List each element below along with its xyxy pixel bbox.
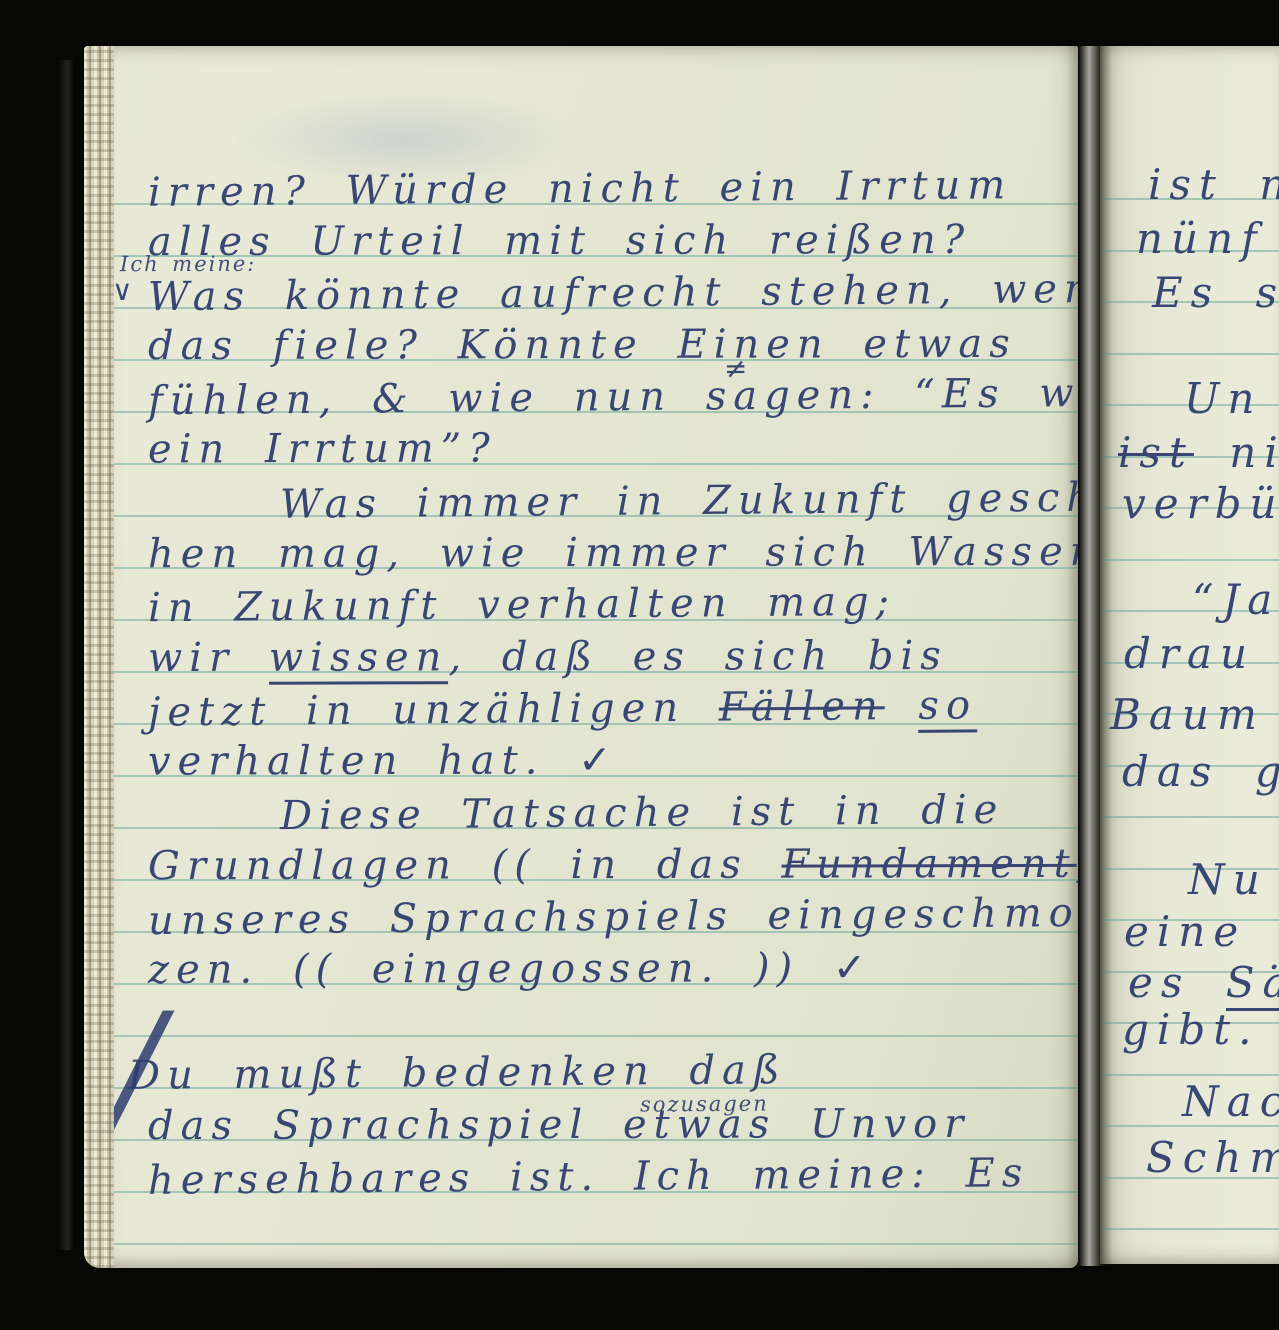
- insertion-note: ∨: [112, 274, 133, 307]
- handwriting-text: Diese Tatsache ist in die: [280, 787, 1005, 839]
- handwriting-text: Grundlagen (( in das: [148, 842, 782, 890]
- handwriting-text: zen. (( eingegossen. )) ✓: [148, 945, 874, 993]
- handwriting-line: Diese Tatsache ist in die: [280, 787, 1005, 839]
- handwriting-text: in Zukunft verhalten mag;: [148, 579, 896, 632]
- handwriting-text: das g: [1122, 747, 1279, 796]
- handwriting-text: ist n: [1148, 160, 1279, 209]
- handwriting-text: drau: [1124, 629, 1255, 678]
- handwriting-text: ∨: [112, 274, 133, 307]
- handwriting-text: ni: [1194, 428, 1279, 477]
- insertion-note: ≠: [724, 352, 748, 385]
- handwriting-fragment: Nu: [1188, 855, 1268, 904]
- handwriting-line: jetzt in unzähligen Fällen so: [148, 682, 977, 735]
- handwriting-line: wir wissen, daß es sich bis: [148, 633, 948, 681]
- handwriting-text: Schme: [1146, 1133, 1279, 1182]
- handwriting-line: das fiele? Könnte Einen etwas: [148, 321, 1017, 369]
- handwriting-fragment: nünf: [1136, 214, 1265, 263]
- rule-line: [84, 1243, 1078, 1245]
- handwriting-text: Du mußt bedenken daß: [128, 1047, 787, 1099]
- handwriting-text: verbürg: [1122, 479, 1279, 528]
- handwriting-text: Was immer in Zukunft gesche: [280, 474, 1078, 527]
- handwriting-line: Was immer in Zukunft gesche: [280, 474, 1078, 527]
- handwriting-fragment: Baum: [1110, 690, 1265, 739]
- handwriting-line: Grundlagen (( in das Fundament)): [148, 841, 1078, 890]
- left-page: irren? Würde nicht ein Irrtumalles Urtei…: [84, 46, 1078, 1268]
- handwriting-fragment: drau: [1124, 629, 1255, 678]
- page-edge-strip: [84, 46, 114, 1268]
- handwriting-text: fühlen, & wie nun sagen: “Es war: [148, 370, 1078, 425]
- handwriting-text: [885, 683, 919, 729]
- handwriting-text: wir: [148, 635, 269, 681]
- handwriting-text: hen mag, wie immer sich Wasser: [148, 529, 1078, 577]
- handwriting-text: /: [112, 982, 163, 1156]
- handwriting-line: irren? Würde nicht ein Irrtum: [148, 162, 1013, 216]
- handwriting-line: fühlen, & wie nun sagen: “Es war: [148, 370, 1078, 425]
- handwriting-fragment: verbürg: [1122, 479, 1279, 528]
- handwriting-fragment: ist n: [1148, 160, 1279, 209]
- handwriting-line: Du mußt bedenken daß: [128, 1047, 787, 1099]
- handwriting-fragment: gibt.: [1122, 1005, 1259, 1054]
- handwriting-text: Un: [1184, 374, 1262, 423]
- handwriting-text: , daß es sich bis: [448, 633, 947, 680]
- handwriting-line: verhalten hat. ✓: [148, 737, 619, 784]
- handwriting-text: Sä: [1226, 958, 1279, 1011]
- handwriting-text: ein Irrtum”?: [148, 426, 497, 473]
- handwriting-text: alles Urteil mit sich reißen?: [148, 217, 971, 265]
- rule-line: [84, 1035, 1078, 1037]
- rule-line: [1100, 353, 1279, 355]
- handwriting-line: ein Irrtum”?: [148, 426, 497, 473]
- handwriting-text: Nac: [1182, 1077, 1279, 1126]
- handwriting-fragment: das g: [1122, 747, 1279, 796]
- handwriting-text: verhalten hat. ✓: [148, 737, 619, 784]
- handwriting-fragment: eine: [1124, 907, 1246, 956]
- right-page: ist nnünfEs sUnist niverbürg“JadrauBaumd…: [1100, 46, 1279, 1264]
- handwriting-text: Ich meine:: [120, 252, 256, 276]
- handwriting-text: unseres Sprachspiels eingeschmol: [148, 890, 1078, 944]
- handwriting-text: nünf: [1136, 214, 1265, 263]
- handwriting-line: hen mag, wie immer sich Wasser: [148, 529, 1078, 577]
- handwriting-fragment: es Sä: [1128, 958, 1279, 1007]
- handwriting-fragment: Un: [1184, 374, 1262, 423]
- handwriting-line: das Sprachspiel etwas Unvor: [148, 1101, 970, 1149]
- handwriting-text: gibt.: [1122, 1005, 1259, 1054]
- handwriting-text: irren? Würde nicht ein Irrtum: [148, 162, 1013, 216]
- handwriting-fragment: Schme: [1146, 1133, 1279, 1182]
- handwriting-line: unseres Sprachspiels eingeschmol: [148, 890, 1078, 944]
- handwriting-text: das fiele? Könnte Einen etwas: [148, 321, 1017, 369]
- handwriting-fragment: Nac: [1182, 1077, 1279, 1126]
- handwriting-text: so: [918, 682, 977, 733]
- handwriting-text: “Ja: [1192, 575, 1279, 624]
- handwriting-line: alles Urteil mit sich reißen?: [148, 217, 971, 265]
- handwriting-fragment: Es s: [1152, 268, 1279, 317]
- notebook-spread: irren? Würde nicht ein Irrtumalles Urtei…: [0, 0, 1279, 1330]
- handwriting-text: Was könnte aufrecht stehen, wenn: [148, 266, 1078, 321]
- handwriting-line: in Zukunft verhalten mag;: [148, 579, 896, 632]
- insertion-note: sozusagen: [640, 1091, 769, 1116]
- rule-line: [1100, 559, 1279, 561]
- handwriting-text: Nu: [1188, 855, 1268, 904]
- handwriting-text: es: [1128, 958, 1226, 1007]
- handwriting-fragment: “Ja: [1192, 575, 1279, 624]
- handwriting-text: ist: [1118, 428, 1194, 477]
- handwriting-line: hersehbares ist. Ich meine: Es: [148, 1150, 1030, 1204]
- handwriting-line: zen. (( eingegossen. )) ✓: [148, 945, 874, 993]
- handwriting-text: eine: [1124, 907, 1246, 956]
- rule-line: [1100, 1074, 1279, 1076]
- handwriting-text: sozusagen: [640, 1091, 769, 1116]
- handwriting-text: Baum: [1110, 690, 1265, 739]
- handwriting-text: wissen: [269, 634, 449, 684]
- handwriting-fragment: ist ni: [1118, 428, 1279, 477]
- gutter-crease: [1066, 46, 1112, 1266]
- handwriting-text: das Sprachspiel etwas Unvor: [148, 1101, 970, 1149]
- handwriting-text: Fällen: [719, 683, 885, 730]
- rule-line: [1100, 816, 1279, 818]
- insertion-note: /: [112, 982, 163, 1156]
- handwriting-text: hersehbares ist. Ich meine: Es: [148, 1150, 1030, 1204]
- rule-line: [1100, 1228, 1279, 1230]
- book-cover-edge: [58, 60, 74, 1250]
- handwriting-text: Fundament: [781, 841, 1076, 888]
- insertion-note: Ich meine:: [120, 252, 256, 276]
- handwriting-text: jetzt in unzähligen: [148, 685, 719, 736]
- handwriting-text: Es s: [1152, 268, 1279, 317]
- handwriting-text: ≠: [724, 352, 748, 385]
- handwriting-line: Was könnte aufrecht stehen, wenn: [148, 266, 1078, 321]
